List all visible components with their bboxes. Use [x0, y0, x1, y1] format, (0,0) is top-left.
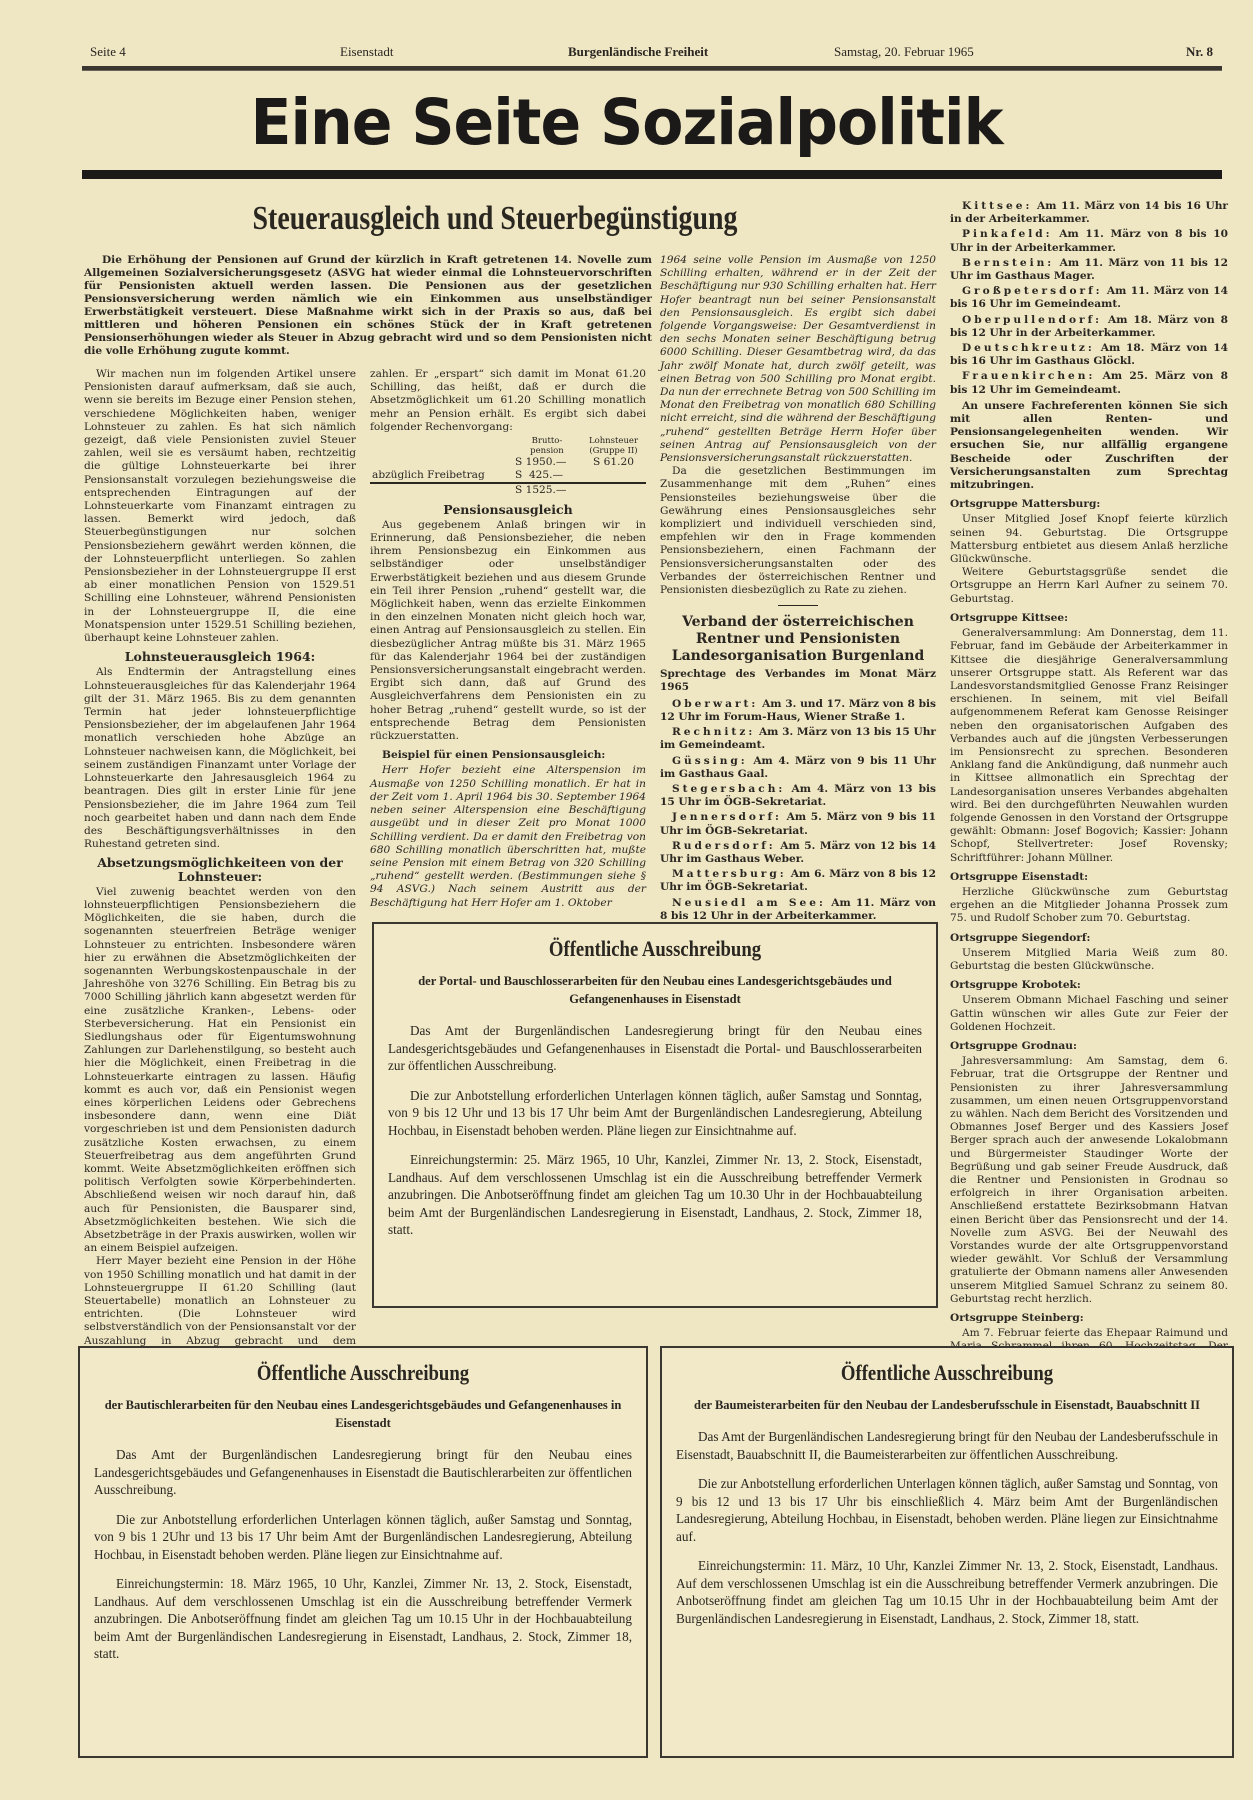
ad-paragraph: Die zur Anbotstellung erforderlichen Unt… [676, 1475, 1218, 1545]
deduction-value: S 425.— [513, 469, 581, 483]
issue-date: Samstag, 20. Februar 1965 [834, 44, 974, 64]
ortsgruppe-paragraph: Unser Mitglied Josef Knopf feierte kürzl… [950, 513, 1228, 566]
sprechtag-place: Kittsee: [962, 200, 1032, 212]
sprechtag-entry: Pinkafeld: Am 11. März von 8 bis 10 Uhr … [950, 228, 1228, 254]
ad-paragraph: Das Amt der Burgenländischen Landesregie… [676, 1428, 1218, 1463]
ortsgruppe-heading: Ortsgruppe Kittsee: [950, 612, 1228, 625]
section-heading: Beispiel für einen Pensionsausgleich: [382, 749, 646, 762]
sprechtag-entry: Oberwart: Am 3. und 17. März von 8 bis 1… [660, 698, 936, 724]
sprechtag-place: Güssing: [672, 755, 748, 767]
ad-box-baumeister: Öffentliche Ausschreibung der Baumeister… [660, 1346, 1234, 1758]
ad-paragraph: Einreichungstermin: 11. März, 10 Uhr, Ka… [676, 1557, 1218, 1627]
sprechtag-place: Deutschkreutz: [962, 342, 1095, 354]
sprechtag-entry: Güssing: Am 4. März von 9 bis 11 Uhr im … [660, 755, 936, 781]
brutto-value: S 1950.— [513, 456, 581, 469]
notice-paragraph: An unsere Fachreferenten können Sie sich… [950, 400, 1228, 492]
calculation-table: Brutto- pension Lohnsteuer (Gruppe II) S… [370, 436, 646, 498]
article-headline: Steuerausgleich und Steuerbegünstigung [212, 200, 778, 238]
ortsgruppe-heading: Ortsgruppe Eisenstadt: [950, 871, 1228, 884]
paragraph: Viel zuwenig beachtet werden von den loh… [84, 886, 356, 1256]
issue-number: Nr. 8 [1186, 44, 1213, 64]
sprechtag-place: Rudersdorf: [672, 840, 776, 852]
separator-line [778, 605, 818, 606]
paragraph: Wir machen nun im folgenden Artikel unse… [84, 368, 356, 645]
ortsgruppe-paragraph: Jahresversammlung: Am Samstag, dem 6. Fe… [950, 1055, 1228, 1306]
sprechtag-place: Großpetersdorf: [962, 285, 1103, 297]
result-value: S 1525.— [513, 483, 581, 497]
ad-paragraph: Die zur Anbotstellung erforderlichen Unt… [388, 1087, 922, 1140]
ad-title: Öffentliche Ausschreibung [416, 936, 894, 962]
ortsgruppe-heading: Ortsgruppe Krobotek: [950, 979, 1228, 992]
ad-paragraph: Die zur Anbotstellung erforderlichen Unt… [94, 1511, 632, 1564]
sprechtage-list-continued: Kittsee: Am 11. März von 14 bis 16 Uhr i… [950, 200, 1228, 397]
ad-subtitle: der Baumeisterarbeiten für den Neubau de… [674, 1396, 1220, 1414]
article-column-1: Wir machen nun im folgenden Artikel unse… [84, 368, 356, 1387]
deduction-label: abzüglich Freibetrag [370, 469, 513, 483]
sprechtag-entry: Rechnitz: Am 3. März von 13 bis 15 Uhr i… [660, 726, 936, 752]
page-masthead: Eine Seite Sozialpolitik [0, 86, 1253, 160]
ad-paragraph: Einreichungstermin: 18. März 1965, 10 Uh… [94, 1575, 632, 1663]
sprechtag-place: Mattersburg: [672, 868, 787, 880]
ortsgruppe-heading: Ortsgruppe Steinberg: [950, 1312, 1228, 1325]
col-header-brutto: Brutto- pension [513, 436, 581, 456]
sprechtag-place: Rechnitz: [672, 726, 755, 738]
paragraph: Herr Hofer bezieht eine Alterspension im… [370, 764, 646, 909]
paragraph: Als Endtermin der Antragstellung eines L… [84, 666, 356, 851]
verband-section: Verband der österreichischen Rentner und… [660, 614, 936, 923]
sprechtag-place: Pinkafeld: [962, 228, 1053, 240]
ad-paragraph: Das Amt der Burgenländischen Landesregie… [388, 1022, 922, 1075]
ad-title: Öffentliche Ausschreibung [122, 1360, 603, 1386]
sprechtag-place: Frauenkirchen: [962, 370, 1095, 382]
header-place: Eisenstadt [340, 44, 393, 64]
verband-column: Kittsee: Am 11. März von 14 bis 16 Uhr i… [950, 198, 1228, 1380]
ortsgruppe-paragraph: Weitere Geburtstagsgrüße sendet die Orts… [950, 566, 1228, 606]
sprechtag-entry: Jennersdorf: Am 5. März von 9 bis 11 Uhr… [660, 811, 936, 837]
ortsgruppe-paragraph: Unserem Obmann Michael Fasching und sein… [950, 994, 1228, 1034]
sprechtag-place: Oberpullendorf: [962, 314, 1102, 326]
sprechtag-entry: Frauenkirchen: Am 25. März von 8 bis 12 … [950, 370, 1228, 396]
sprechtag-entry: Deutschkreutz: Am 18. März von 14 bis 16… [950, 342, 1228, 368]
sprechtage-list: Oberwart: Am 3. und 17. März von 8 bis 1… [660, 698, 936, 923]
sprechtag-place: Neusiedl am See: [672, 897, 826, 909]
ortsgruppe-heading: Ortsgruppe Mattersburg: [950, 498, 1228, 511]
section-heading: Absetzungsmöglichkeiteen von der Lohnste… [84, 856, 356, 882]
ortsgruppe-heading: Ortsgruppe Siegendorf: [950, 932, 1228, 945]
paper-name: Burgenländische Freiheit [568, 44, 708, 64]
paragraph: Aus gegebenem Anlaß bringen wir in Erinn… [370, 519, 646, 743]
ad-subtitle: der Portal- und Bauschlosserarbeiten für… [386, 972, 924, 1008]
ad-paragraph: Das Amt der Burgenländischen Landesregie… [94, 1446, 632, 1499]
verband-title: Verband der österreichischen Rentner und… [660, 614, 936, 665]
sprechtag-place: Stegersbach: [672, 783, 785, 795]
header-rule [82, 66, 1222, 71]
paragraph: 1964 seine volle Pension im Ausmaße von … [660, 254, 936, 465]
article-lead: Die Erhöhung der Pensionen auf Grund der… [84, 254, 652, 358]
sprechtag-entry: Bernstein: Am 11. März von 11 bis 12 Uhr… [950, 257, 1228, 283]
ortsgruppe-heading: Ortsgruppe Grodnau: [950, 1040, 1228, 1053]
sprechtag-entry: Kittsee: Am 11. März von 14 bis 16 Uhr i… [950, 200, 1228, 226]
ad-paragraph: Einreichungstermin: 25. März 1965, 10 Uh… [388, 1151, 922, 1239]
ad-subtitle: der Bautischlerarbeiten für den Neubau e… [92, 1396, 634, 1432]
section-heading: Lohnsteuerausgleich 1964: [84, 650, 356, 663]
ortsgruppe-paragraph: Herzliche Glückwünsche zum Geburtstag er… [950, 886, 1228, 926]
sprechtag-entry: Neusiedl am See: Am 11. März von 8 bis 1… [660, 897, 936, 923]
ad-box-portal: Öffentliche Ausschreibung der Portal- un… [372, 922, 938, 1308]
article-column-2: zahlen. Er „erspart“ sich damit im Monat… [370, 368, 646, 910]
ad-box-bautischler: Öffentliche Ausschreibung der Bautischle… [78, 1346, 648, 1758]
sprechtag-place: Oberwart: [672, 698, 758, 710]
sprechtag-place: Bernstein: [962, 257, 1054, 269]
tax-value: S 61.20 [581, 456, 646, 469]
sprechtag-entry: Großpetersdorf: Am 11. März von 14 bis 1… [950, 285, 1228, 311]
ad-title: Öffentliche Ausschreibung [705, 1360, 1190, 1386]
sprechtag-entry: Mattersburg: Am 6. März von 8 bis 12 Uhr… [660, 868, 936, 894]
paragraph: zahlen. Er „erspart“ sich damit im Monat… [370, 368, 646, 434]
article-column-3: 1964 seine volle Pension im Ausmaße von … [660, 254, 936, 923]
ortsgruppen-list: Ortsgruppe Mattersburg:Unser Mitglied Jo… [950, 498, 1228, 1380]
sprechtag-entry: Rudersdorf: Am 5. März von 12 bis 14 Uhr… [660, 840, 936, 866]
col-header-tax: Lohnsteuer (Gruppe II) [581, 436, 646, 456]
ortsgruppe-paragraph: Generalversammlung: Am Donnerstag, dem 1… [950, 627, 1228, 865]
sprechtag-entry: Oberpullendorf: Am 18. März von 8 bis 12… [950, 314, 1228, 340]
page-number: Seite 4 [90, 44, 126, 64]
sprechtag-place: Jennersdorf: [672, 811, 782, 823]
ortsgruppe-paragraph: Unserem Mitglied Maria Weiß zum 80. Gebu… [950, 947, 1228, 973]
paragraph: Da die gesetzlichen Bestimmungen im Zusa… [660, 465, 936, 597]
verband-subtitle: Sprechtage des Verbandes im Monat März 1… [660, 668, 936, 694]
sprechtag-entry: Stegersbach: Am 4. März von 13 bis 15 Uh… [660, 783, 936, 809]
masthead-rule [82, 170, 1222, 179]
section-heading: Pensionsausgleich [370, 503, 646, 516]
